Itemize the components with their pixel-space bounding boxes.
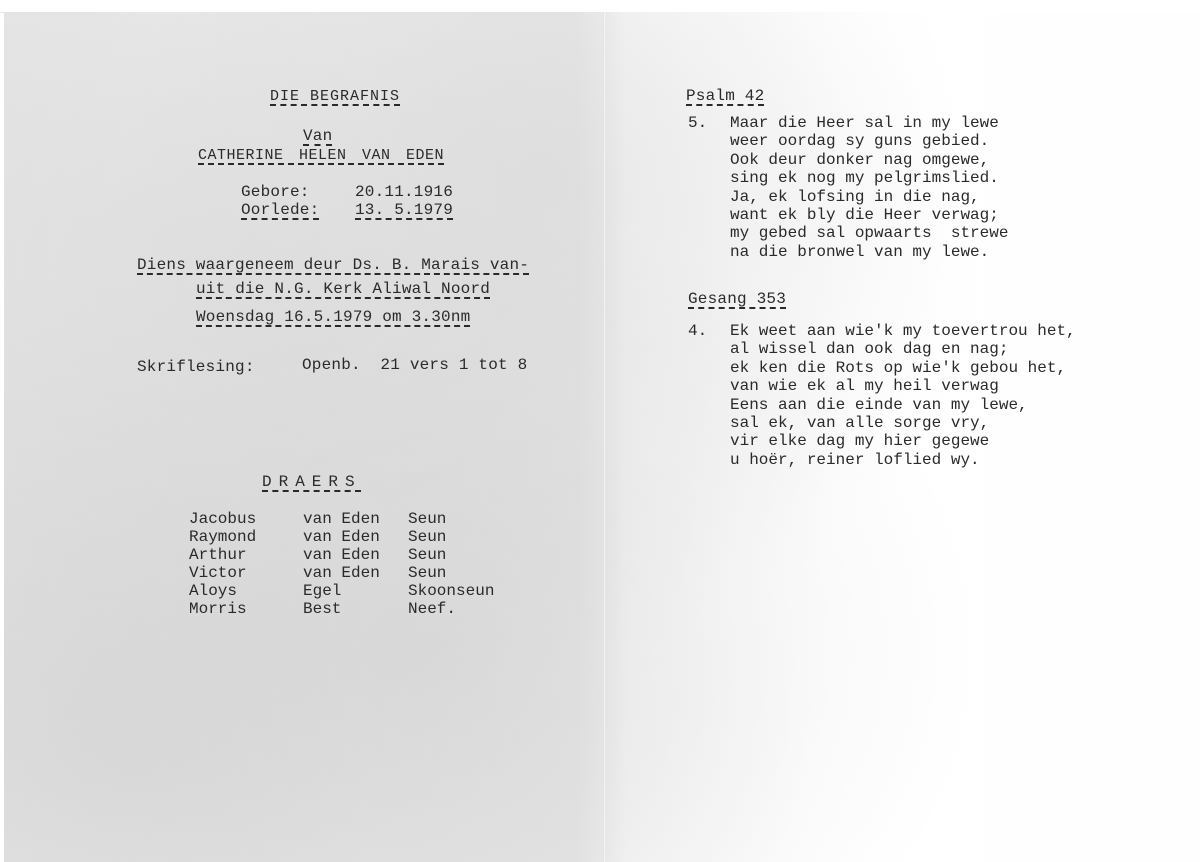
verse-line: my gebed sal opwaarts strewe	[730, 224, 1008, 242]
verse-number: 5.	[688, 114, 707, 132]
bearer-surname: Egel	[303, 582, 408, 600]
deceased-name: CATHERINE HELEN VAN EDEN	[198, 147, 444, 165]
verse-line: al wissel dan ook dag en nag;	[730, 340, 1076, 358]
verse-line: Ja, ek lofsing in die nag,	[730, 188, 1008, 206]
verse-line: weer oordag sy guns gebied.	[730, 132, 1008, 150]
table-row: Morris Best Neef.	[189, 600, 494, 618]
scripture-reading-label: Skriflesing:	[137, 358, 255, 376]
verse-line: want ek bly die Heer verwag;	[730, 206, 1008, 224]
table-row: Arthur van Eden Seun	[189, 546, 494, 564]
verse-line: u hoër, reiner loflied wy.	[730, 451, 1076, 469]
died-label: Oorlede:	[241, 201, 319, 219]
bearer-first-name: Raymond	[189, 528, 303, 546]
psalm-title: Psalm 42	[686, 87, 764, 105]
verse-line: sing ek nog my pelgrimslied.	[730, 169, 1008, 187]
verse-line: Ek weet aan wie'k my toevertrou het,	[730, 322, 1076, 340]
verse-lines: Ek weet aan wie'k my toevertrou het, al …	[730, 322, 1076, 469]
bearers-title: DRAERS	[262, 473, 362, 491]
verse-lines: Maar die Heer sal in my lewe weer oordag…	[730, 114, 1008, 261]
bearer-relation: Seun	[408, 546, 494, 564]
bearer-relation: Seun	[408, 528, 494, 546]
born-date: 20.11.1916	[355, 183, 453, 201]
bearer-first-name: Aloys	[189, 582, 303, 600]
bearer-surname: van Eden	[303, 510, 408, 528]
service-line: uit die N.G. Kerk Aliwal Noord	[196, 280, 490, 298]
hymn-title: Gesang 353	[688, 290, 786, 308]
van-label: Van	[303, 127, 332, 145]
service-line: Diens waargeneem deur Ds. B. Marais van-	[137, 256, 529, 274]
verse-number: 4.	[688, 322, 707, 340]
verse-line: Maar die Heer sal in my lewe	[730, 114, 1008, 132]
verse-line: vir elke dag my hier gegewe	[730, 432, 1076, 450]
bearer-surname: van Eden	[303, 528, 408, 546]
bearer-first-name: Jacobus	[189, 510, 303, 528]
bearer-surname: Best	[303, 600, 408, 618]
bearer-surname: van Eden	[303, 564, 408, 582]
died-date: 13. 5.1979	[355, 201, 453, 219]
bearer-relation: Neef.	[408, 600, 494, 618]
bearer-first-name: Arthur	[189, 546, 303, 564]
table-row: Jacobus van Eden Seun	[189, 510, 494, 528]
bearer-surname: van Eden	[303, 546, 408, 564]
verse-line: Eens aan die einde van my lewe,	[730, 396, 1076, 414]
table-row: Aloys Egel Skoonseun	[189, 582, 494, 600]
verse-line: na die bronwel van my lewe.	[730, 243, 1008, 261]
bearer-relation: Skoonseun	[408, 582, 494, 600]
bearers-table: Jacobus van Eden Seun Raymond van Eden S…	[189, 510, 494, 618]
verse-line: ek ken die Rots op wie'k gebou het,	[730, 359, 1076, 377]
verse-line: sal ek, van alle sorge vry,	[730, 414, 1076, 432]
service-line: Woensdag 16.5.1979 om 3.30nm	[196, 308, 470, 326]
bearer-first-name: Morris	[189, 600, 303, 618]
born-label: Gebore:	[241, 183, 310, 201]
table-row: Victor van Eden Seun	[189, 564, 494, 582]
verse-line: van wie ek al my heil verwag	[730, 377, 1076, 395]
paper-fold-line	[603, 12, 606, 862]
table-row: Raymond van Eden Seun	[189, 528, 494, 546]
bearer-relation: Seun	[408, 510, 494, 528]
document-title: DIE BEGRAFNIS	[270, 88, 400, 106]
scripture-reading-value: Openb. 21 vers 1 tot 8	[302, 356, 527, 374]
bearer-first-name: Victor	[189, 564, 303, 582]
verse-line: Ook deur donker nag omgewe,	[730, 151, 1008, 169]
bearer-relation: Seun	[408, 564, 494, 582]
